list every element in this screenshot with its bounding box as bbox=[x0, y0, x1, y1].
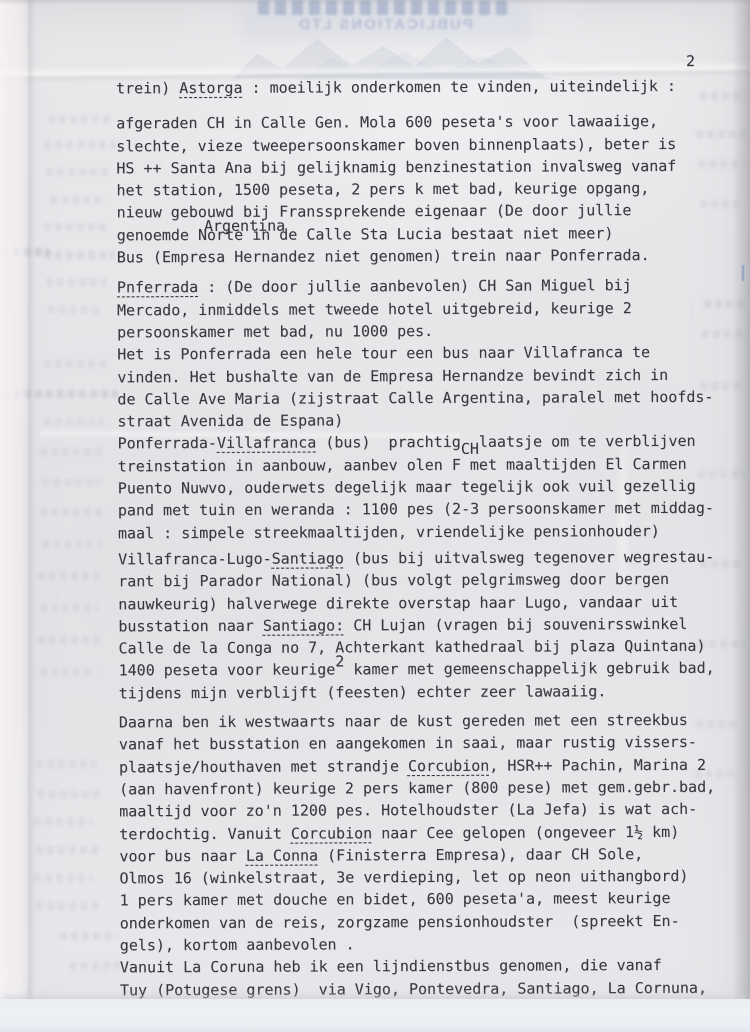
text-segment: genoemde bbox=[117, 226, 198, 244]
text-segment: (Finisterra Empresa), daar CH Sole, bbox=[318, 845, 643, 864]
text-segment: gels), kortom aanbevolen . bbox=[120, 935, 355, 954]
text-line: Puento Nuwvo, ouderwets degelijk maar te… bbox=[118, 475, 736, 500]
text-segment: terdochtig. Vanuit bbox=[119, 824, 291, 843]
text-line: HS ++ Santa Ana bij gelijknamig benzines… bbox=[116, 155, 734, 180]
text-line: Mercado, inmiddels met tweede hotel uitg… bbox=[117, 296, 735, 321]
text-line: Het is Ponferrada een hele tour een bus … bbox=[117, 341, 735, 366]
text-segment: nieuw gebouwd bij Franssprekende eigenaa… bbox=[117, 202, 632, 222]
text-line: vinden. Het bushalte van de Empresa Hern… bbox=[117, 363, 735, 388]
text-line: onderkomen van de reis, zorgzame pension… bbox=[120, 909, 738, 934]
text-segment: treinstation in aanbouw, aanbev olen F m… bbox=[118, 455, 687, 475]
text-segment: voor bus naar bbox=[119, 847, 246, 866]
text-line: busstation naar Santiago: CH Lujan (vrag… bbox=[118, 612, 736, 637]
text-line: afgeraden CH in Calle Gen. Mola 600 pese… bbox=[116, 110, 734, 135]
scan-left-edge bbox=[0, 0, 30, 1032]
text-line: maaltijd voor zo'n 1200 pes. Hotelhoudst… bbox=[119, 798, 737, 823]
text-segment: Bus (Empresa Hernandez niet genomen) tre… bbox=[117, 246, 650, 266]
text-line: Tuy (Potugese grens) via Vigo, Pontevedr… bbox=[120, 976, 738, 1001]
text-line: plaatsje/houthaven met strandje Corcubio… bbox=[119, 753, 737, 778]
text-line: nauwkeurig) halverwege direkte overstap … bbox=[118, 590, 736, 615]
text-segment: persoonskamer met bad, nu 1000 pes. bbox=[117, 322, 433, 341]
text-segment: (bus) prachtig bbox=[316, 433, 461, 452]
bleed-through-text bbox=[40, 668, 96, 676]
underlined-place-name: Corcubion bbox=[291, 824, 372, 842]
text-segment: Olmos 16 (winkelstraat, 3e verdieping, l… bbox=[119, 867, 688, 887]
scan-bottom-strip bbox=[0, 999, 750, 1032]
text-segment: Het is Ponferrada een hele tour een bus … bbox=[117, 343, 650, 363]
bleed-through-text bbox=[36, 846, 100, 854]
text-segment: (aan havenfront) keurige 2 pers kamer (8… bbox=[119, 778, 715, 799]
text-segment: 2 bbox=[335, 653, 344, 671]
text-segment: busstation naar bbox=[118, 617, 263, 636]
text-line: voor bus naar La Conna (Finisterra Empre… bbox=[119, 842, 737, 867]
bleed-through-text bbox=[60, 932, 116, 940]
text-segment: Norte inArgentina bbox=[198, 225, 270, 243]
paragraph: afgeraden CH in Calle Gen. Mola 600 pese… bbox=[116, 110, 735, 269]
bleed-through-text bbox=[40, 604, 98, 612]
text-segment: plaatsje/houthaven met strandje bbox=[119, 757, 408, 776]
text-line: Calle de la Conga no 7, Achterkant kathe… bbox=[118, 635, 736, 660]
text-segment: : (De door jullie aanbevolen) CH San Mig… bbox=[198, 276, 632, 296]
paragraph: Daarna ben ik westwaarts naar de kust ge… bbox=[119, 709, 738, 1002]
scan-right-edge bbox=[732, 0, 750, 1032]
text-segment: vinden. Het bushalte van de Empresa Hern… bbox=[117, 366, 668, 386]
underlined-place-name: Astorga bbox=[179, 79, 242, 97]
bleed-through-text bbox=[70, 962, 120, 970]
bleed-through-text bbox=[40, 508, 104, 516]
paragraph: trein) Astorga : moeilijk onderkomen te … bbox=[116, 75, 734, 100]
bleed-through-text bbox=[44, 418, 104, 426]
text-line: vanaf het busstation en aangekomen in sa… bbox=[119, 731, 737, 756]
text-line: Ponferrada-Villafranca (bus) prachtigCHl… bbox=[118, 430, 736, 455]
bleed-through-text bbox=[44, 360, 106, 368]
text-segment: , HSR++ Pachin, Marina 2 bbox=[489, 755, 706, 774]
bleed-through-text bbox=[44, 251, 114, 259]
text-line: tijdens mijn verblijft (feesten) echter … bbox=[119, 679, 737, 704]
bleed-through-text bbox=[44, 223, 106, 231]
text-segment: nauwkeurig) halverwege direkte overstap … bbox=[118, 592, 678, 612]
text-segment: Tuy (Potugese grens) via Vigo, Pontevedr… bbox=[120, 978, 707, 999]
text-segment: trein) bbox=[116, 79, 179, 97]
bleed-through-text bbox=[34, 874, 92, 882]
text-segment: het station, 1500 peseta, 2 pers k met b… bbox=[116, 179, 649, 199]
text-segment: Villafranca-Lugo- bbox=[118, 550, 272, 569]
bleed-through-text bbox=[48, 306, 102, 314]
text-segment: de Calle Sta Lucia bestaat niet meer) bbox=[270, 224, 613, 243]
bleed-through-text bbox=[50, 196, 106, 204]
text-segment: Mercado, inmiddels met tweede hotel uitg… bbox=[117, 299, 632, 319]
text-line: Vanuit La Coruna heb ik een lijndienstbu… bbox=[120, 954, 738, 979]
underlined-place-name: Pnferrada bbox=[117, 278, 198, 296]
scanned-letter-page: PUBLICATIONS LTD 2 trein) Astorga : moei… bbox=[0, 0, 750, 1032]
bleed-through-text bbox=[46, 278, 106, 286]
text-line: 1400 peseta voor keurige2 kamer met geme… bbox=[119, 657, 737, 682]
paper-left-seam bbox=[28, 0, 35, 1032]
text-line: Olmos 16 (winkelstraat, 3e verdieping, l… bbox=[119, 865, 737, 890]
text-segment: Puento Nuwvo, ouderwets degelijk maar te… bbox=[118, 477, 696, 498]
text-line: Pnferrada : (De door jullie aanbevolen) … bbox=[117, 274, 735, 299]
bleed-through-text bbox=[48, 115, 110, 123]
text-line: trein) Astorga : moeilijk onderkomen te … bbox=[116, 75, 734, 100]
text-line: rant bij Parador National) (bus volgt pe… bbox=[118, 568, 736, 593]
text-line: Daarna ben ik westwaarts naar de kust ge… bbox=[119, 709, 737, 734]
text-line: straat Avenida de Espana) bbox=[117, 408, 735, 433]
text-segment: 1400 peseta voor keurige bbox=[119, 661, 336, 680]
text-segment: pand met tuin en weranda : 1100 pes (2-3… bbox=[118, 499, 714, 520]
text-line: slechte, vieze tweepersoonskamer boven b… bbox=[116, 132, 734, 157]
text-segment: CH Lujan (vragen bij souvenirsswinkel bbox=[344, 615, 687, 634]
bleed-through-text bbox=[40, 448, 106, 456]
bleed-through-text bbox=[38, 636, 100, 644]
text-line: gels), kortom aanbevolen . bbox=[120, 932, 738, 957]
text-line: het station, 1500 peseta, 2 pers k met b… bbox=[116, 177, 734, 202]
text-segment: Vanuit La Coruna heb ik een lijndienstbu… bbox=[120, 956, 662, 976]
text-segment: 1 pers kamer met douche en bidet, 600 pe… bbox=[120, 889, 671, 909]
text-segment: naar Cee gelopen (ongeveer 1½ km) bbox=[372, 822, 679, 841]
underlined-place-name: Villafranca bbox=[217, 434, 316, 452]
bleed-through-logo-subtitle: PUBLICATIONS LTD bbox=[266, 17, 504, 32]
text-segment: slechte, vieze tweepersoonskamer boven b… bbox=[116, 135, 676, 155]
text-segment: Calle de la Conga no 7, Achterkant kathe… bbox=[118, 637, 705, 658]
bleed-through-text bbox=[38, 572, 102, 580]
underlined-place-name: La Conna bbox=[246, 846, 318, 864]
text-segment: tijdens mijn verblijft (feesten) echter … bbox=[119, 682, 607, 702]
text-segment: rant bij Parador National) (bus volgt pe… bbox=[118, 570, 669, 590]
paragraph: Ponferrada-Villafranca (bus) prachtigCHl… bbox=[118, 430, 736, 544]
paper-sheet: PUBLICATIONS LTD 2 trein) Astorga : moei… bbox=[0, 0, 750, 1032]
text-line: pand met tuin en weranda : 1100 pes (2-3… bbox=[118, 497, 736, 522]
scan-top-edge bbox=[0, 0, 750, 5]
underlined-place-name: Corcubion bbox=[408, 756, 489, 774]
text-segment: straat Avenida de Espana) bbox=[117, 412, 343, 431]
text-segment: Daarna ben ik westwaarts naar de kust ge… bbox=[119, 711, 688, 731]
bleed-through-text bbox=[42, 478, 100, 486]
text-line: de Calle Ave Maria (zijstraat Calle Arge… bbox=[117, 386, 735, 411]
text-line: Villafranca-Lugo-Santiago (bus bij uitva… bbox=[118, 546, 736, 571]
text-segment: : moeilijk onderkomen te vinden, uiteind… bbox=[242, 77, 676, 97]
text-segment: onderkomen van de reis, zorgzame pension… bbox=[120, 912, 680, 932]
bleed-through-text bbox=[34, 818, 92, 826]
text-segment: kamer met gemeenschappelijk gebruik bad, bbox=[344, 659, 714, 679]
paragraph: Villafranca-Lugo-Santiago (bus bij uitva… bbox=[118, 546, 737, 705]
text-line: treinstation in aanbouw, aanbev olen F m… bbox=[118, 452, 736, 477]
bleed-through-text bbox=[36, 902, 98, 910]
bleed-through-text bbox=[36, 760, 96, 768]
underlined-place-name: Santiago bbox=[272, 549, 344, 567]
bleed-through-text bbox=[38, 790, 104, 798]
typed-correction-above: Argentina bbox=[204, 214, 285, 237]
page-number: 2 bbox=[686, 52, 695, 70]
bleed-through-text bbox=[44, 141, 116, 149]
text-segment: maal : simpele streekmaaltijden, vriende… bbox=[118, 522, 660, 542]
text-line: genoemde Norte inArgentina de Calle Sta … bbox=[117, 221, 735, 246]
text-line: terdochtig. Vanuit Corcubion naar Cee ge… bbox=[119, 820, 737, 845]
text-segment: (bus bij uitvalsweg tegenover wegrestau- bbox=[344, 548, 714, 568]
text-segment: de Calle Ave Maria (zijstraat Calle Arge… bbox=[117, 388, 713, 409]
bleed-through-text bbox=[46, 168, 112, 176]
text-line: 1 pers kamer met douche en bidet, 600 pe… bbox=[120, 887, 738, 912]
text-segment: afgeraden CH in Calle Gen. Mola 600 pese… bbox=[116, 112, 658, 132]
text-segment: CH bbox=[461, 440, 479, 458]
text-segment: maaltijd voor zo'n 1200 pes. Hotelhoudst… bbox=[119, 800, 697, 821]
text-segment: laatsje om te verblijven bbox=[479, 432, 696, 451]
text-line: persoonskamer met bad, nu 1000 pes. bbox=[117, 319, 735, 344]
text-line: Bus (Empresa Hernandez niet genomen) tre… bbox=[117, 244, 735, 269]
underlined-place-name: Santiago: bbox=[263, 616, 344, 634]
paragraph: Pnferrada : (De door jullie aanbevolen) … bbox=[117, 274, 736, 433]
text-line: maal : simpele streekmaaltijden, vriende… bbox=[118, 519, 736, 544]
text-segment: Ponferrada- bbox=[118, 434, 217, 452]
text-segment: vanaf het busstation en aangekomen in sa… bbox=[119, 733, 697, 754]
bleed-through-text bbox=[42, 540, 102, 548]
text-segment: HS ++ Santa Ana bij gelijknamig benzines… bbox=[116, 157, 676, 177]
text-line: (aan havenfront) keurige 2 pers kamer (8… bbox=[119, 776, 737, 801]
typewritten-text: trein) Astorga : moeilijk onderkomen te … bbox=[116, 75, 738, 1002]
